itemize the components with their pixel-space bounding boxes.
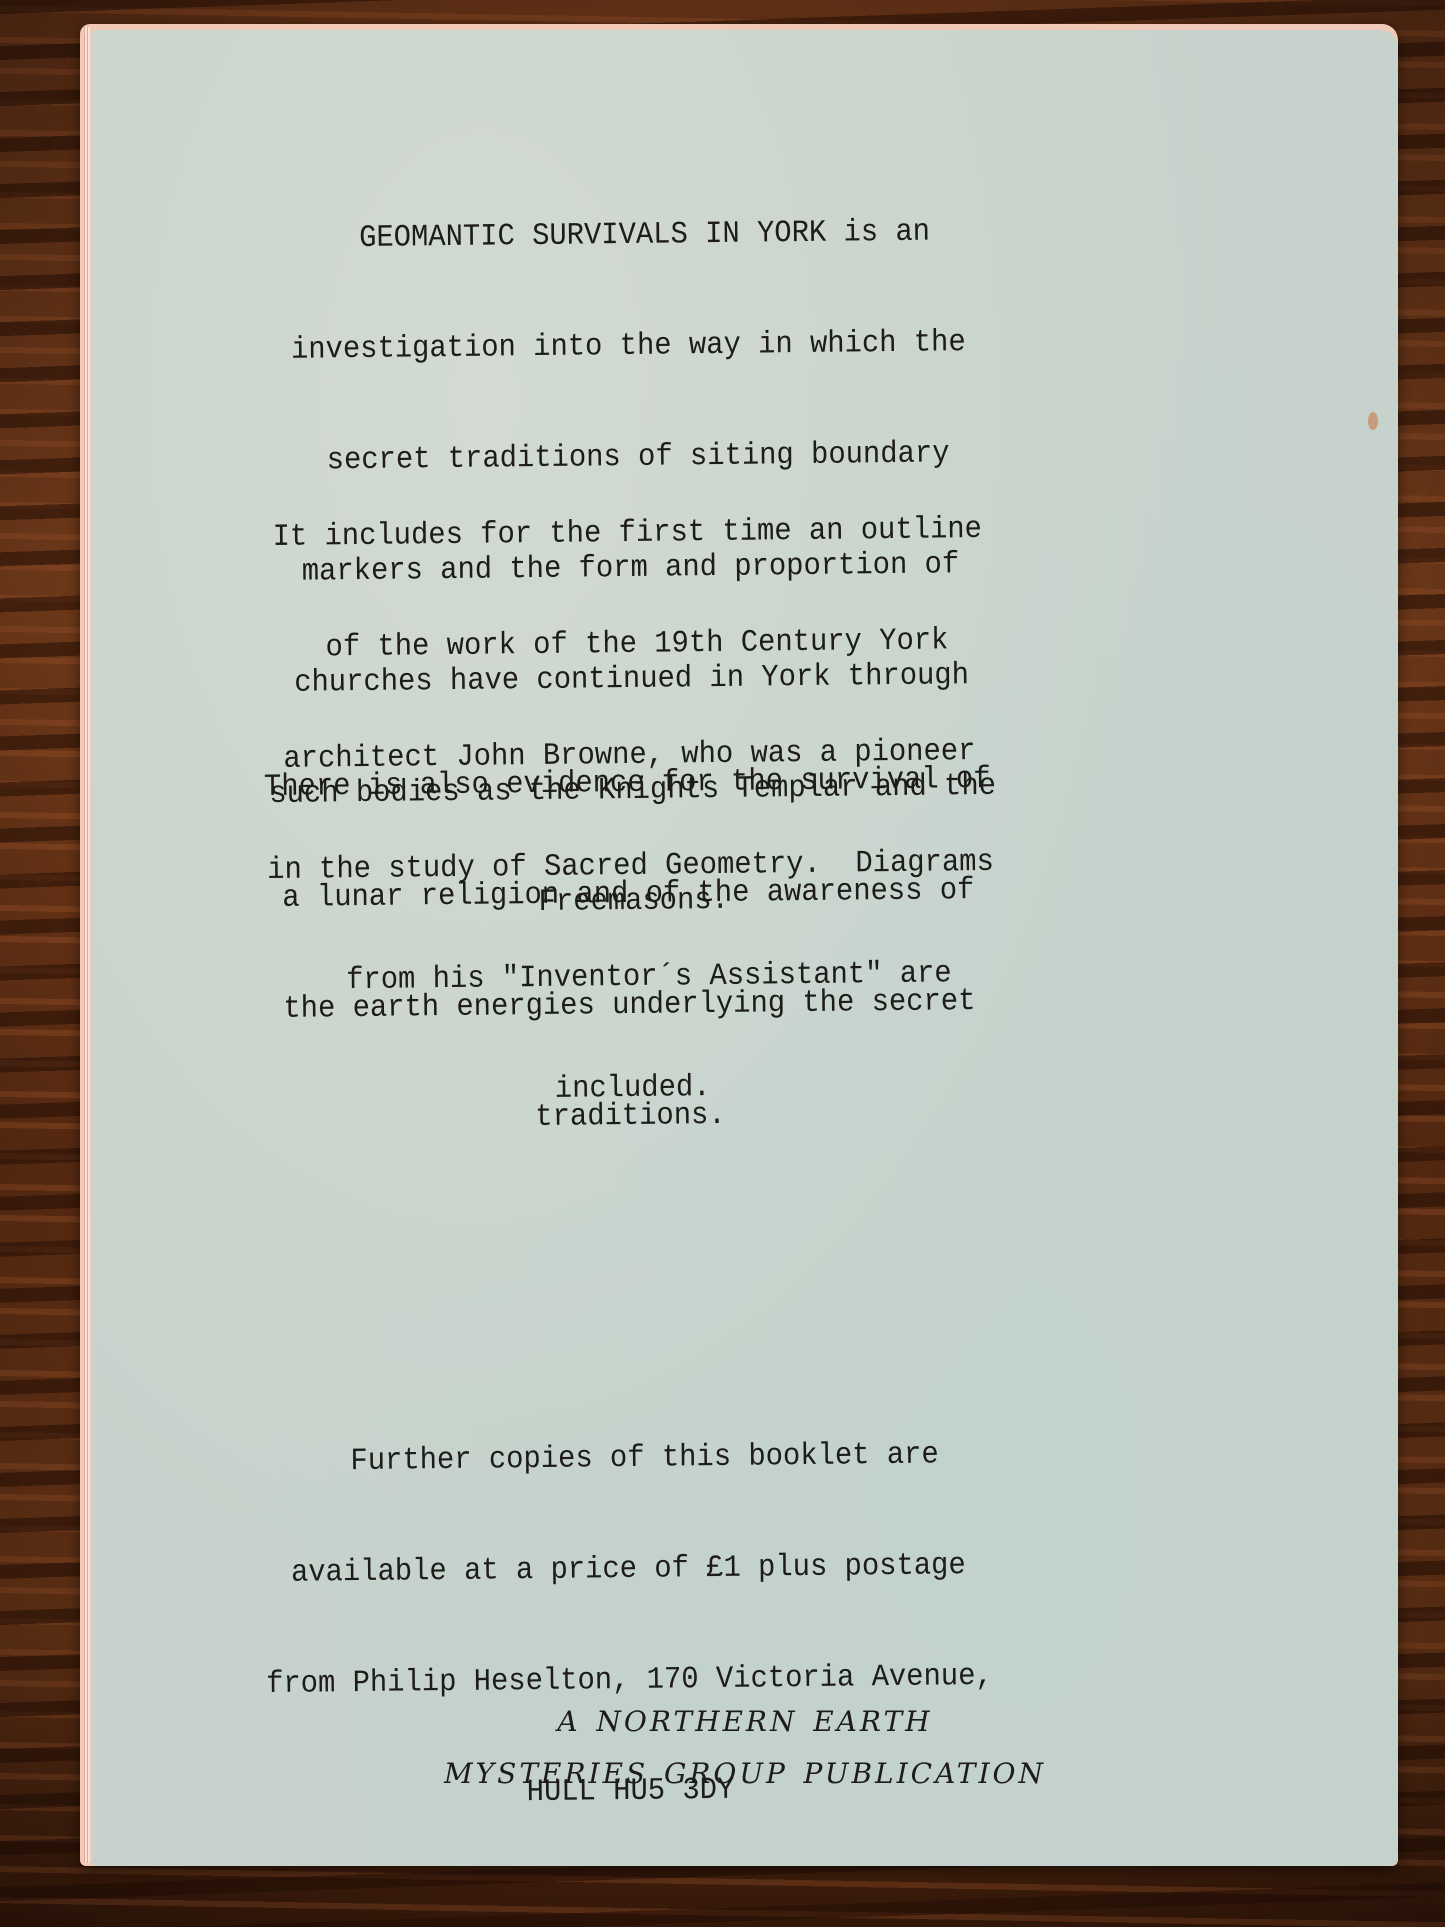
text-line: investigation into the way in which the xyxy=(182,323,1075,370)
text-line: GEOMANTIC SURVIVALS IN YORK is an xyxy=(181,212,1074,259)
text-line: of the work of the 19th Century York xyxy=(182,621,1075,668)
publisher-line: a northern earth xyxy=(92,1692,1398,1744)
description-paragraph-3: There is also evidence for the survival … xyxy=(180,686,1077,1177)
text-line: It includes for the first time an outlin… xyxy=(181,510,1074,557)
text-line: a lunar religion and of the awareness of xyxy=(182,871,1075,918)
text-line: There is also evidence for the survival … xyxy=(181,760,1074,807)
paper-blemish xyxy=(1368,412,1378,430)
publisher-imprint: a northern earth mysteries group publica… xyxy=(92,1692,1398,1796)
text-line: the earth energies underlying the secret xyxy=(183,982,1076,1029)
text-line: traditions. xyxy=(184,1093,1077,1140)
text-line: Further copies of this booklet are xyxy=(181,1435,1074,1482)
publisher-line: mysteries group publication xyxy=(92,1744,1398,1796)
text-line: available at a price of £1 plus postage xyxy=(182,1546,1075,1593)
